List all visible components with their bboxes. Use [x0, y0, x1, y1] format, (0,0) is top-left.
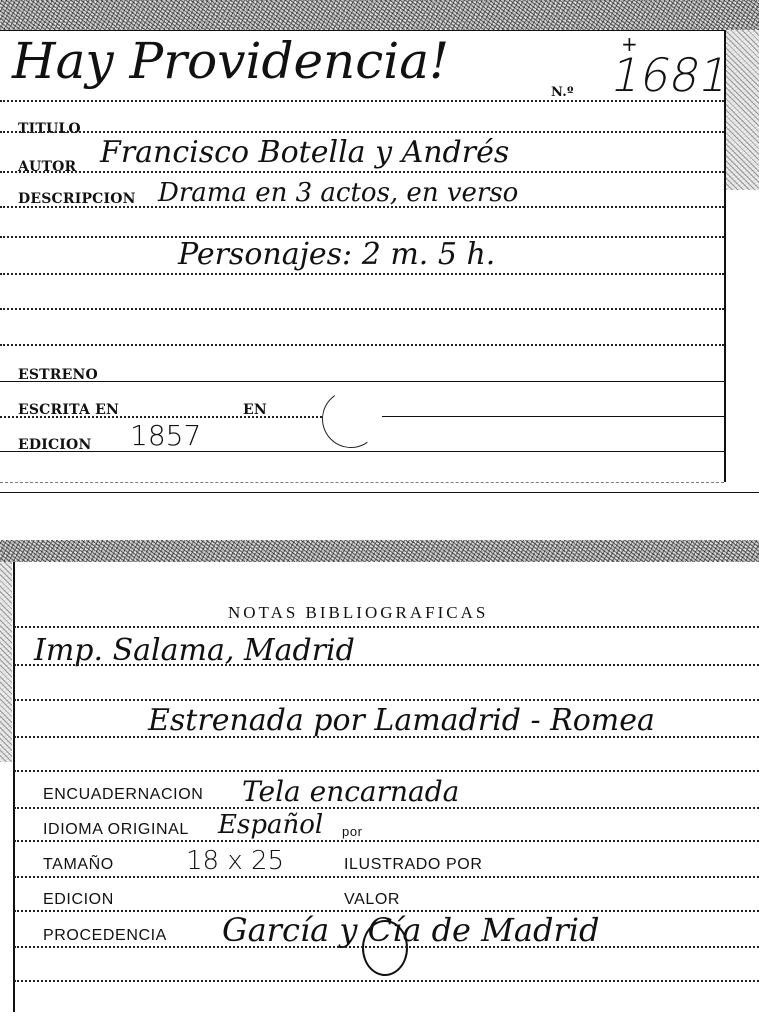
rule-line	[0, 381, 724, 382]
ink-stamp-circle	[362, 920, 408, 976]
field-value-edicion: 1857	[130, 422, 201, 450]
rule-line	[382, 416, 724, 417]
field-label-en: EN	[243, 403, 267, 417]
rule-line	[14, 980, 759, 982]
rule-line	[14, 626, 759, 628]
rule-line	[0, 416, 322, 418]
field-label-idioma-original: IDIOMA ORIGINAL	[43, 822, 189, 838]
cross-mark: +	[621, 34, 638, 54]
field-label-ilustrado-por: ILUSTRADO POR	[344, 857, 483, 873]
rule-line	[14, 946, 759, 948]
field-label-descripcion: DESCRIPCION	[18, 192, 136, 206]
field-value-procedencia: García y Cía de Madrid	[222, 914, 600, 946]
note-estrenada: Estrenada por Lamadrid - Romea	[148, 706, 655, 736]
rule-line	[0, 451, 724, 452]
card-right-border	[724, 30, 726, 482]
field-label-estreno: ESTRENO	[18, 368, 98, 382]
field-value-encuadernacion: Tela encarnada	[242, 778, 459, 806]
field-value-personajes: Personajes: 2 m. 5 h.	[178, 240, 495, 270]
rule-line	[0, 131, 724, 133]
rule-line	[0, 273, 724, 275]
rule-line	[0, 344, 724, 346]
number-label: N.º	[551, 86, 574, 99]
scan-noise-edge	[0, 562, 12, 762]
card-bottom-edge	[0, 482, 724, 483]
field-label-por: por	[342, 825, 363, 838]
field-label-valor: VALOR	[344, 892, 400, 908]
rule-line	[0, 206, 724, 208]
rule-line	[14, 664, 759, 666]
scan-noise-band	[0, 0, 759, 30]
section-heading: NOTAS BIBLIOGRAFICAS	[228, 603, 488, 623]
rule-line	[14, 807, 759, 809]
field-value-idioma-original: Español	[218, 812, 323, 838]
card-left-border	[13, 562, 15, 1012]
rule-line	[14, 736, 759, 738]
rule-line	[14, 770, 759, 772]
card-separator	[0, 492, 759, 493]
rule-line	[0, 171, 724, 173]
catalog-number: 1681	[607, 52, 734, 98]
card-top-border	[0, 30, 726, 31]
rule-line	[14, 699, 759, 701]
field-label-tamano: TAMAÑO	[43, 857, 114, 873]
field-label-edicion-back: EDICION	[43, 892, 114, 908]
field-value-tamano: 18 x 25	[186, 848, 284, 874]
field-label-encuadernacion: ENCUADERNACION	[43, 787, 203, 803]
stamp-mark	[317, 385, 384, 452]
rule-line	[14, 840, 759, 842]
field-label-titulo: TITULO	[18, 122, 81, 136]
field-label-escrita-en: ESCRITA EN	[18, 403, 119, 417]
field-label-edicion: EDICION	[18, 438, 91, 452]
rule-line	[14, 876, 759, 878]
note-imprenta: Imp. Salama, Madrid	[34, 636, 355, 666]
scan-noise-band	[0, 540, 759, 562]
field-value-autor: Francisco Botella y Andrés	[100, 138, 509, 168]
field-label-procedencia: PROCEDENCIA	[43, 928, 167, 944]
handwritten-title: Hay Providencia!	[12, 36, 449, 86]
field-value-descripcion: Drama en 3 actos, en verso	[158, 180, 518, 206]
rule-line	[0, 308, 724, 310]
